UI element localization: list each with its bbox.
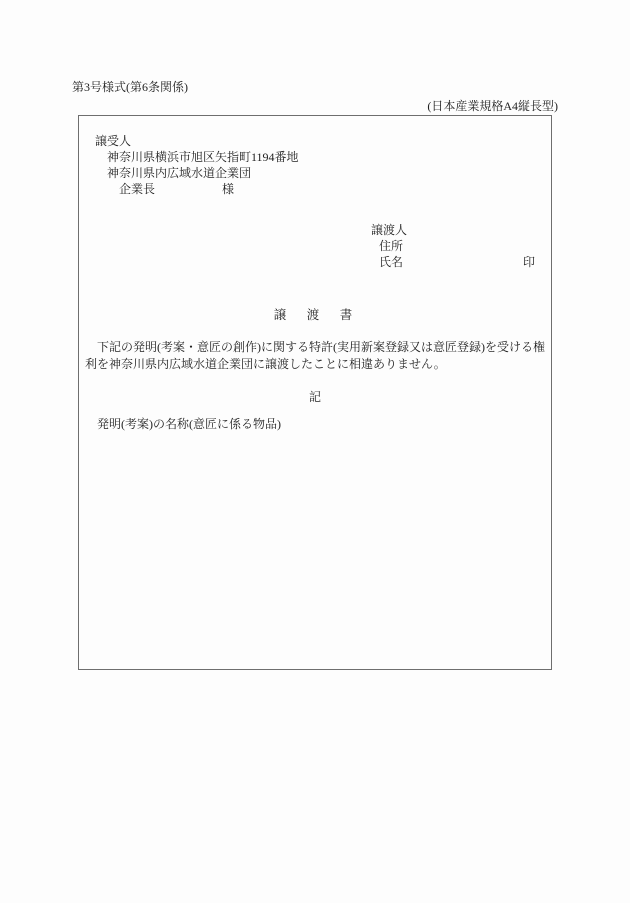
assignee-organization: 神奈川県内広域水道企業団 — [107, 165, 251, 181]
document-page: 第3号様式(第6条関係) (日本産業規格A4縦長型) 譲受人 神奈川県横浜市旭区… — [0, 0, 630, 903]
assignee-honorific: 様 — [222, 181, 234, 197]
body-paragraph: 下記の発明(考案・意匠の創作)に関する特許(実用新案登録又は意匠登録)を受ける権… — [85, 339, 546, 373]
paper-standard-label: (日本産業規格A4縦長型) — [427, 98, 558, 114]
assignor-seal-label: 印 — [523, 254, 535, 270]
form-border-box: 譲受人 神奈川県横浜市旭区矢指町1194番地 神奈川県内広域水道企業団 企業長 … — [78, 115, 552, 670]
assignee-label: 譲受人 — [95, 133, 131, 149]
form-number-label: 第3号様式(第6条関係) — [72, 79, 188, 95]
assignee-title: 企業長 — [119, 181, 155, 197]
list-marker: 記 — [79, 388, 551, 405]
assignor-name-label: 氏名 — [379, 254, 403, 270]
assignor-address-label: 住所 — [379, 238, 403, 254]
invention-name-label: 発明(考案)の名称(意匠に係る物品) — [97, 416, 281, 432]
assignor-label: 譲渡人 — [371, 222, 407, 238]
assignee-address: 神奈川県横浜市旭区矢指町1194番地 — [107, 149, 299, 165]
document-title: 譲 渡 書 — [79, 305, 551, 323]
